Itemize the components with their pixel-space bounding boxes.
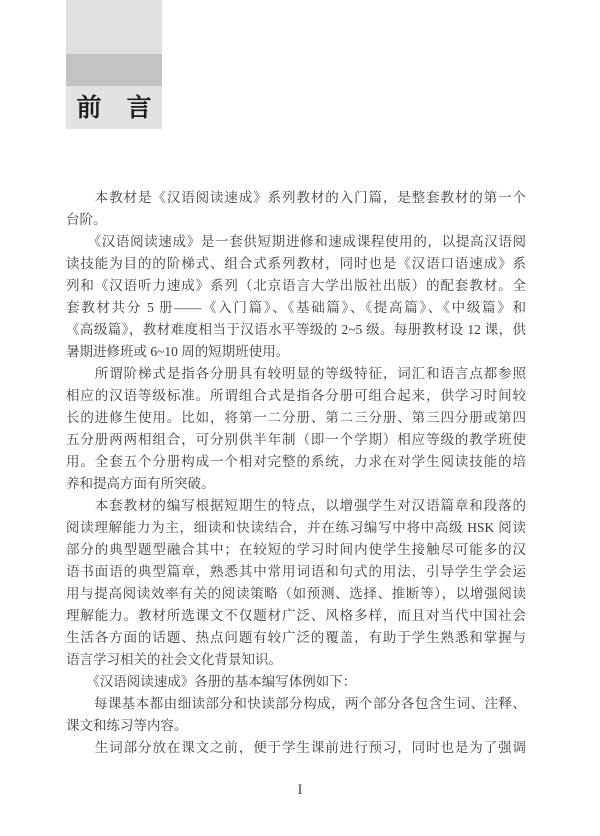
- page-footer: I: [0, 781, 600, 799]
- text-line: 本套教材的编写根据短期生的特点，以增强学生对汉语篇章和段落的: [66, 495, 526, 517]
- text-line: 生词部分放在课文之前，便于学生课前进行预习，同时也是为了强调: [66, 737, 526, 759]
- text-line: 台阶。: [66, 209, 526, 231]
- text-line: 相应的汉语等级标准。所谓组合式是指各分册可组合起来，供学习时间较: [66, 385, 526, 407]
- page-title: 前 言: [66, 86, 162, 129]
- text-line: 套教材共分 5 册——《入门篇》、《基础篇》、《提高篇》、《中级篇》和: [66, 297, 526, 319]
- text-line: 列和《汉语听力速成》系列（北京语言大学出版社出版）的配套教材。全: [66, 275, 526, 297]
- text-line: 理解能力。教材所选课文不仅题材广泛、风格多样，而且对当代中国社会: [66, 605, 526, 627]
- page-number: I: [298, 782, 303, 798]
- text-line: 阅读理解能力为主，细读和快读结合，并在练习编写中将中高级 HSK 阅读: [66, 517, 526, 539]
- text-line: 长的进修生使用。比如，将第一二分册、第二三分册、第三四分册或第四: [66, 407, 526, 429]
- header-block-band: [66, 54, 162, 86]
- text-line: 生活各方面的话题、热点问题有较广泛的覆盖，有助于学生熟悉和掌握与: [66, 627, 526, 649]
- header-title-block: 前 言: [66, 86, 162, 129]
- header-block-top: [66, 0, 162, 54]
- text-line: 暑期进修班或 6~10 周的短期班使用。: [66, 341, 526, 363]
- text-line: 每课基本都由细读部分和快读部分构成，两个部分各包含生词、注释、: [66, 693, 526, 715]
- text-line: 所谓阶梯式是指各分册具有较明显的等级特征，词汇和语言点都参照: [66, 363, 526, 385]
- scanned-preface-page: 前 言 本教材是《汉语阅读速成》系列教材的入门篇，是整套教材的第一个台阶。 《汉…: [0, 0, 600, 836]
- text-line: 用。全套五个分册构成一个相对完整的系统，力求在对学生阅读技能的培: [66, 451, 526, 473]
- text-line: 读技能为目的的阶梯式、组合式系列教材，同时也是《汉语口语速成》系: [66, 253, 526, 275]
- text-line: 本教材是《汉语阅读速成》系列教材的入门篇，是整套教材的第一个: [66, 187, 526, 209]
- text-line: 语言学习相关的社会文化背景知识。: [66, 649, 526, 671]
- text-line: 用与提高阅读效率有关的阅读策略（如预测、选择、推断等），以增强阅读: [66, 583, 526, 605]
- text-line: 养和提高方面有所突破。: [66, 473, 526, 495]
- text-line: 《汉语阅读速成》各册的基本编写体例如下：: [66, 671, 526, 693]
- text-line: 五分册两两相组合，可分别供半年制（即一个学期）相应等级的教学班使: [66, 429, 526, 451]
- text-line: 语书面语的典型篇章，熟悉其中常用词语和句式的用法，引导学生学会运: [66, 561, 526, 583]
- text-line: 《汉语阅读速成》是一套供短期进修和速成课程使用的，以提高汉语阅: [66, 231, 526, 253]
- text-line: 课文和练习等内容。: [66, 715, 526, 737]
- text-line: 部分的典型题型融合其中；在较短的学习时间内使学生接触尽可能多的汉: [66, 539, 526, 561]
- preface-body: 本教材是《汉语阅读速成》系列教材的入门篇，是整套教材的第一个台阶。 《汉语阅读速…: [66, 187, 526, 759]
- text-line: 《高级篇》，教材难度相当于汉语水平等级的 2~5 级。每册教材设 12 课，供: [66, 319, 526, 341]
